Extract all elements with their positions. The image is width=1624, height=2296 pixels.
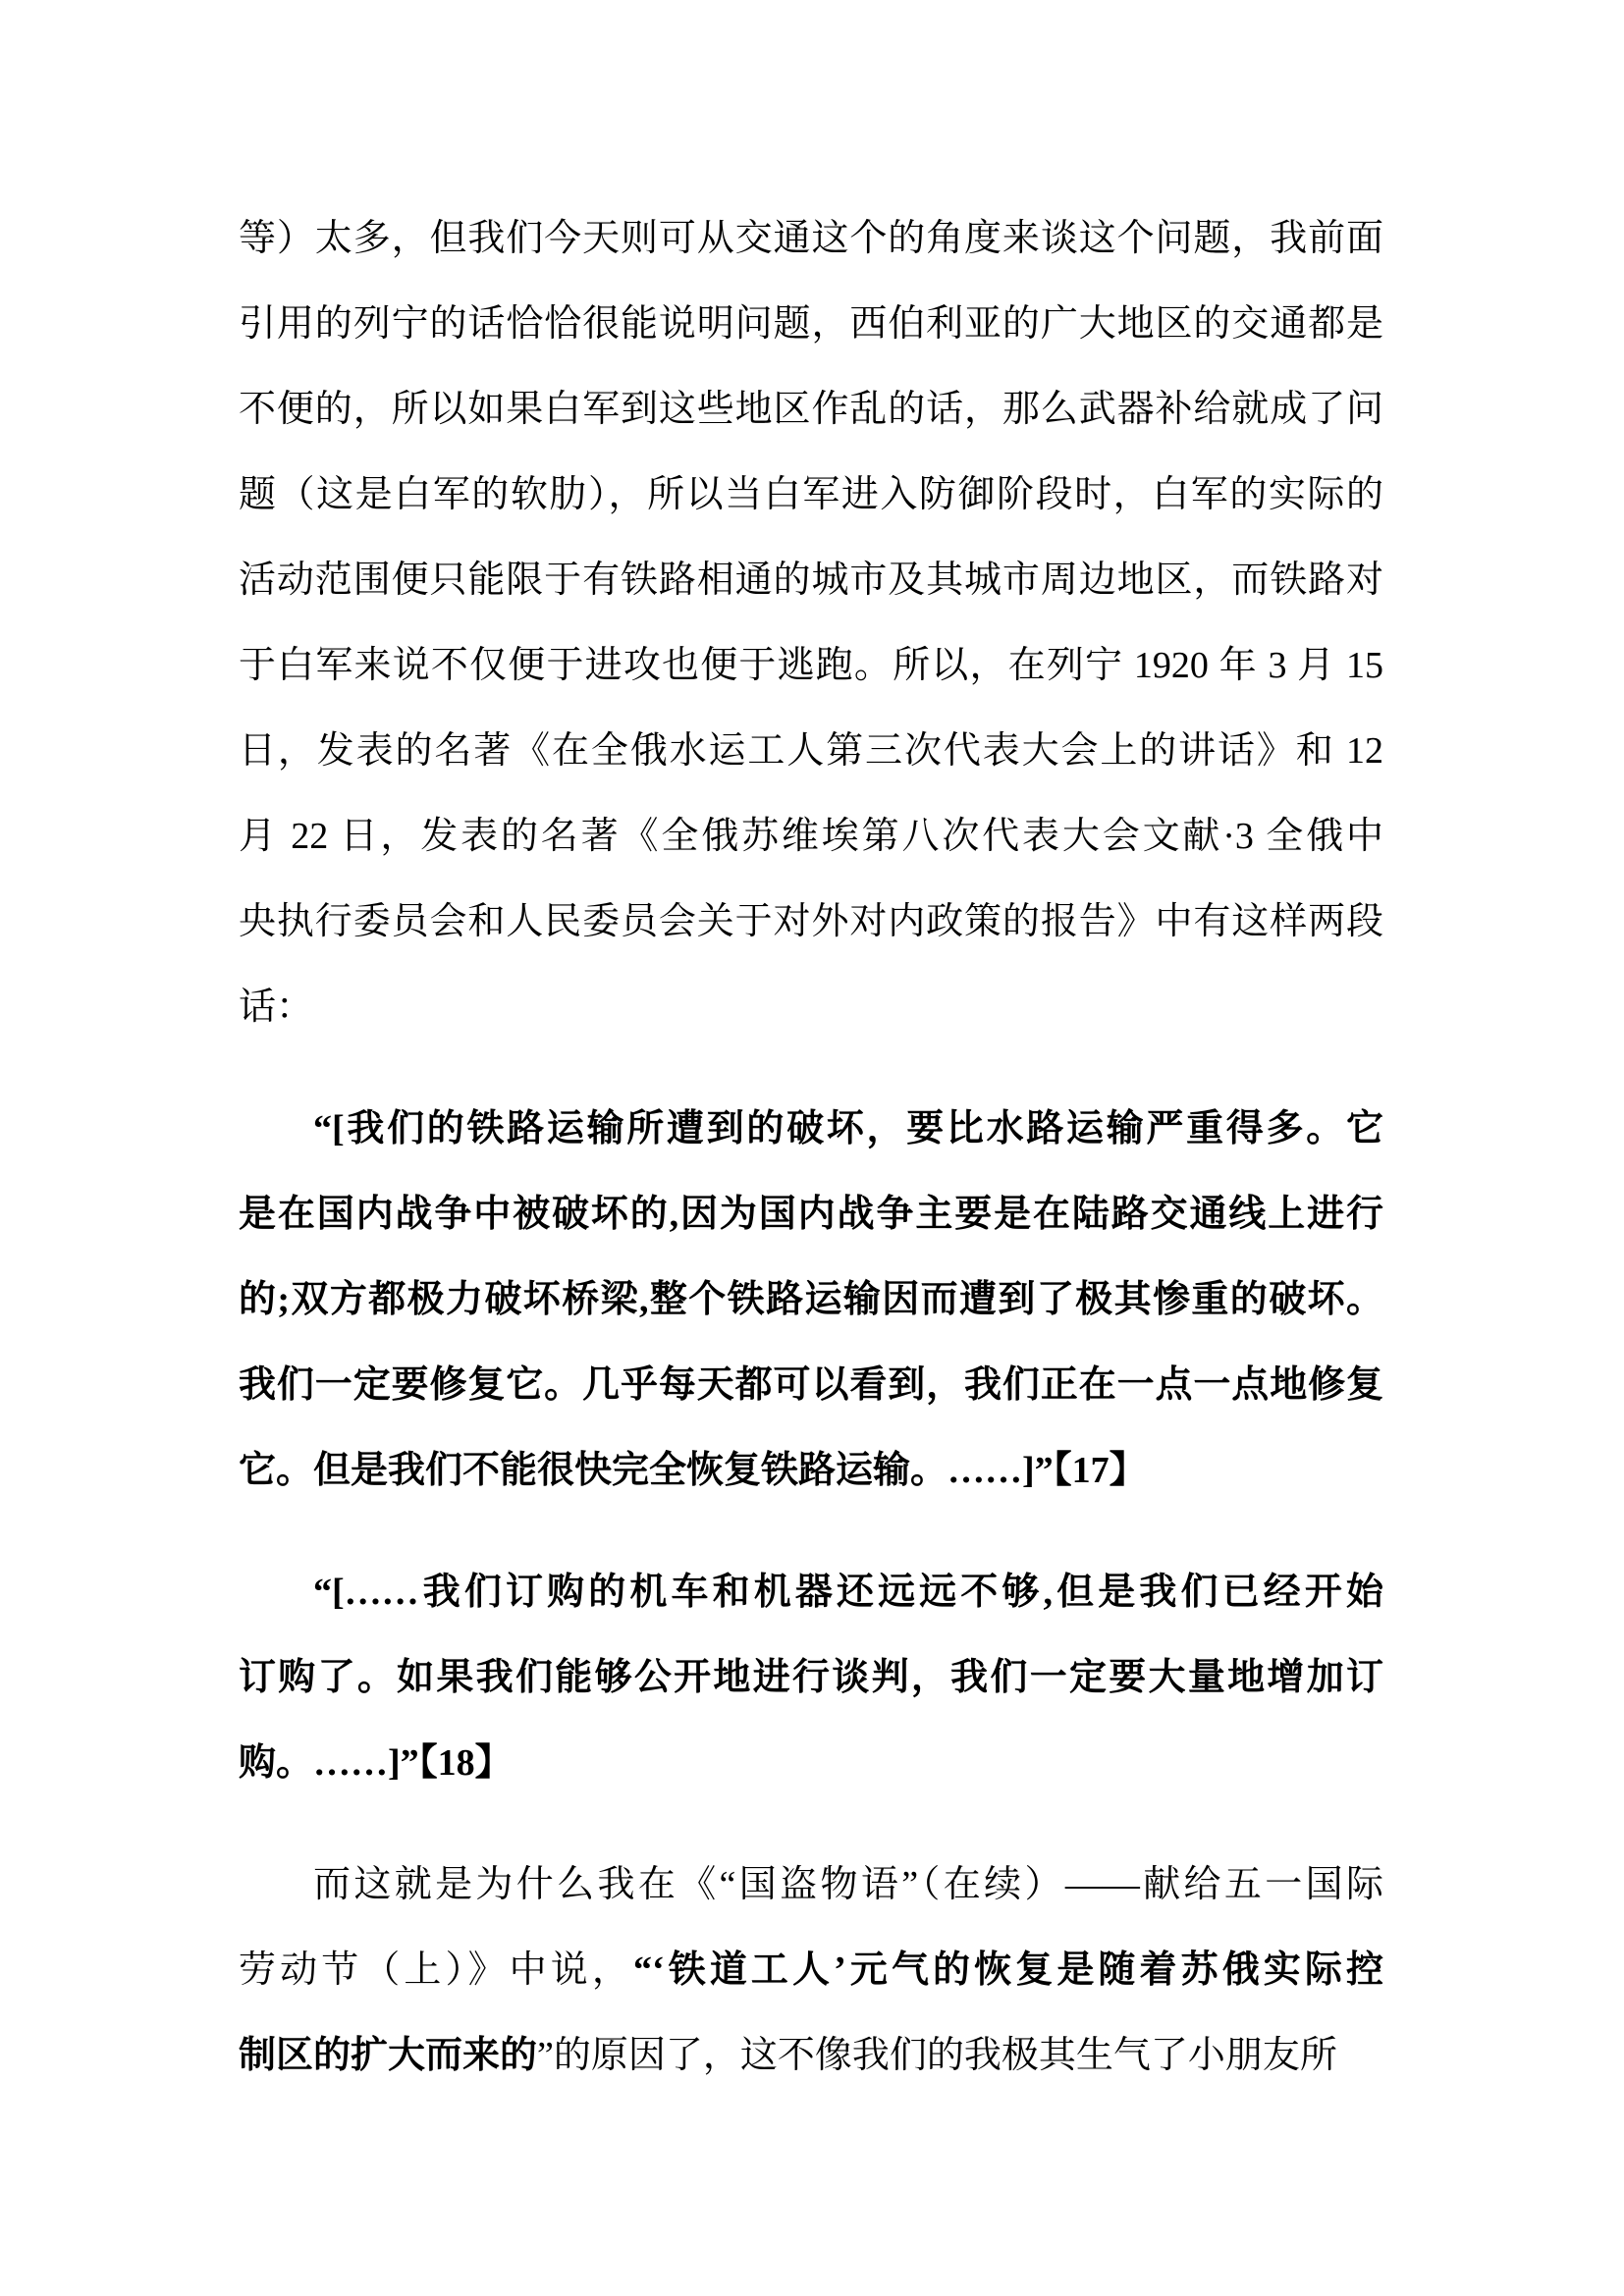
- text-segment: 日，发表的名著《在全俄水运工人第三次代表大会上的讲话》和 12: [239, 730, 1383, 772]
- text-segment: 引用的列宁的话恰恰很能说明问题，西伯利亚的广大地区的交通都是: [239, 303, 1383, 345]
- bold-text-segment: 订购了。如果我们能够公开地进行谈判，我们一定要大量地增加订: [239, 1657, 1383, 1698]
- text-segment: 不便的，所以如果白军到这些地区作乱的话，那么武器补给就成了问: [239, 389, 1383, 430]
- text-line: 引用的列宁的话恰恰很能说明问题，西伯利亚的广大地区的交通都是: [239, 282, 1383, 367]
- bold-text-segment: 我们一定要修复它。几乎每天都可以看到，我们正在一点一点地修复: [239, 1364, 1383, 1406]
- text-segment: 劳动节（上）》中说，: [239, 1949, 633, 1991]
- text-line: 我们一定要修复它。几乎每天都可以看到，我们正在一点一点地修复: [239, 1343, 1383, 1428]
- bold-text-segment: 制区的扩大而来的: [239, 2035, 537, 2076]
- text-line: 活动范围便只能限于有铁路相通的城市及其城市周边地区，而铁路对: [239, 538, 1383, 623]
- text-line: 而这就是为什么我在《“国盗物语”（在续）——献给五一国际: [239, 1842, 1383, 1928]
- text-line: 月 22 日，发表的名著《全俄苏维埃第八次代表大会文献·3 全俄中: [239, 794, 1383, 880]
- text-segment: 活动范围便只能限于有铁路相通的城市及其城市周边地区，而铁路对: [239, 560, 1383, 601]
- text-line: 日，发表的名著《在全俄水运工人第三次代表大会上的讲话》和 12: [239, 709, 1383, 794]
- text-line: 它。但是我们不能很快完全恢复铁路运输。……]”【17】: [239, 1428, 1383, 1514]
- text-line: “[……我们订购的机车和机器还远远不够,但是我们已经开始: [239, 1550, 1383, 1635]
- text-line: 不便的，所以如果白军到这些地区作乱的话，那么武器补给就成了问: [239, 367, 1383, 453]
- text-line: 央执行委员会和人民委员会关于对外对内政策的报告》中有这样两段: [239, 880, 1383, 965]
- bold-text-segment: 它。但是我们不能很快完全恢复铁路运输。……]”【17】: [239, 1450, 1147, 1491]
- bold-text-segment: “[我们的铁路运输所遭到的破坏，要比水路运输严重得多。它: [313, 1108, 1383, 1149]
- text-segment: ”的原因了，这不像我们的我极其生气了小朋友所: [537, 2035, 1337, 2076]
- document-content: 等）太多，但我们今天则可从交通这个的角度来谈这个问题，我前面引用的列宁的话恰恰很…: [239, 196, 1383, 2135]
- text-line: 于白军来说不仅便于进攻也便于逃跑。所以，在列宁 1920 年 3 月 15: [239, 623, 1383, 709]
- text-segment: 而这就是为什么我在《“国盗物语”（在续）——献给五一国际: [313, 1864, 1383, 1905]
- text-line: 等）太多，但我们今天则可从交通这个的角度来谈这个问题，我前面: [239, 196, 1383, 282]
- text-segment: 等）太多，但我们今天则可从交通这个的角度来谈这个问题，我前面: [239, 218, 1383, 259]
- bold-text-segment: “[……我们订购的机车和机器还远远不够,但是我们已经开始: [313, 1572, 1383, 1613]
- bold-text-segment: 购。……]”【18】: [239, 1742, 513, 1784]
- paragraph-quote-18: “[……我们订购的机车和机器还远远不够,但是我们已经开始订购了。如果我们能够公开…: [239, 1550, 1383, 1806]
- text-segment: 月 22 日，发表的名著《全俄苏维埃第八次代表大会文献·3 全俄中: [239, 816, 1383, 857]
- text-segment: 话：: [239, 987, 313, 1028]
- text-segment: 题（这是白军的软肋），所以当白军进入防御阶段时，白军的实际的: [239, 474, 1383, 515]
- text-line: “[我们的铁路运输所遭到的破坏，要比水路运输严重得多。它: [239, 1087, 1383, 1172]
- text-line: 话：: [239, 965, 1383, 1050]
- text-line: 购。……]”【18】: [239, 1721, 1383, 1806]
- paragraph-quote-17: “[我们的铁路运输所遭到的破坏，要比水路运输严重得多。它是在国内战争中被破坏的,…: [239, 1087, 1383, 1514]
- text-line: 题（这是白军的软肋），所以当白军进入防御阶段时，白军的实际的: [239, 453, 1383, 538]
- document-page: 等）太多，但我们今天则可从交通这个的角度来谈这个问题，我前面引用的列宁的话恰恰很…: [0, 0, 1624, 2296]
- bold-text-segment: 是在国内战争中被破坏的,因为国内战争主要是在陆路交通线上进行: [239, 1194, 1383, 1235]
- text-segment: 央执行委员会和人民委员会关于对外对内政策的报告》中有这样两段: [239, 901, 1383, 942]
- text-line: 制区的扩大而来的”的原因了，这不像我们的我极其生气了小朋友所: [239, 2013, 1383, 2099]
- bold-text-segment: “‘铁道工人’元气的恢复是随着苏俄实际控: [633, 1949, 1383, 1991]
- bold-text-segment: 的;双方都极力破坏桥梁,整个铁路运输因而遭到了极其惨重的破坏。: [239, 1279, 1383, 1320]
- text-line: 是在国内战争中被破坏的,因为国内战争主要是在陆路交通线上进行: [239, 1172, 1383, 1257]
- paragraph-conclusion: 而这就是为什么我在《“国盗物语”（在续）——献给五一国际劳动节（上）》中说，“‘…: [239, 1842, 1383, 2099]
- text-segment: 于白军来说不仅便于进攻也便于逃跑。所以，在列宁 1920 年 3 月 15: [239, 645, 1383, 686]
- text-line: 劳动节（上）》中说，“‘铁道工人’元气的恢复是随着苏俄实际控: [239, 1928, 1383, 2013]
- text-line: 订购了。如果我们能够公开地进行谈判，我们一定要大量地增加订: [239, 1635, 1383, 1721]
- text-line: 的;双方都极力破坏桥梁,整个铁路运输因而遭到了极其惨重的破坏。: [239, 1257, 1383, 1343]
- paragraph-transport-argument: 等）太多，但我们今天则可从交通这个的角度来谈这个问题，我前面引用的列宁的话恰恰很…: [239, 196, 1383, 1050]
